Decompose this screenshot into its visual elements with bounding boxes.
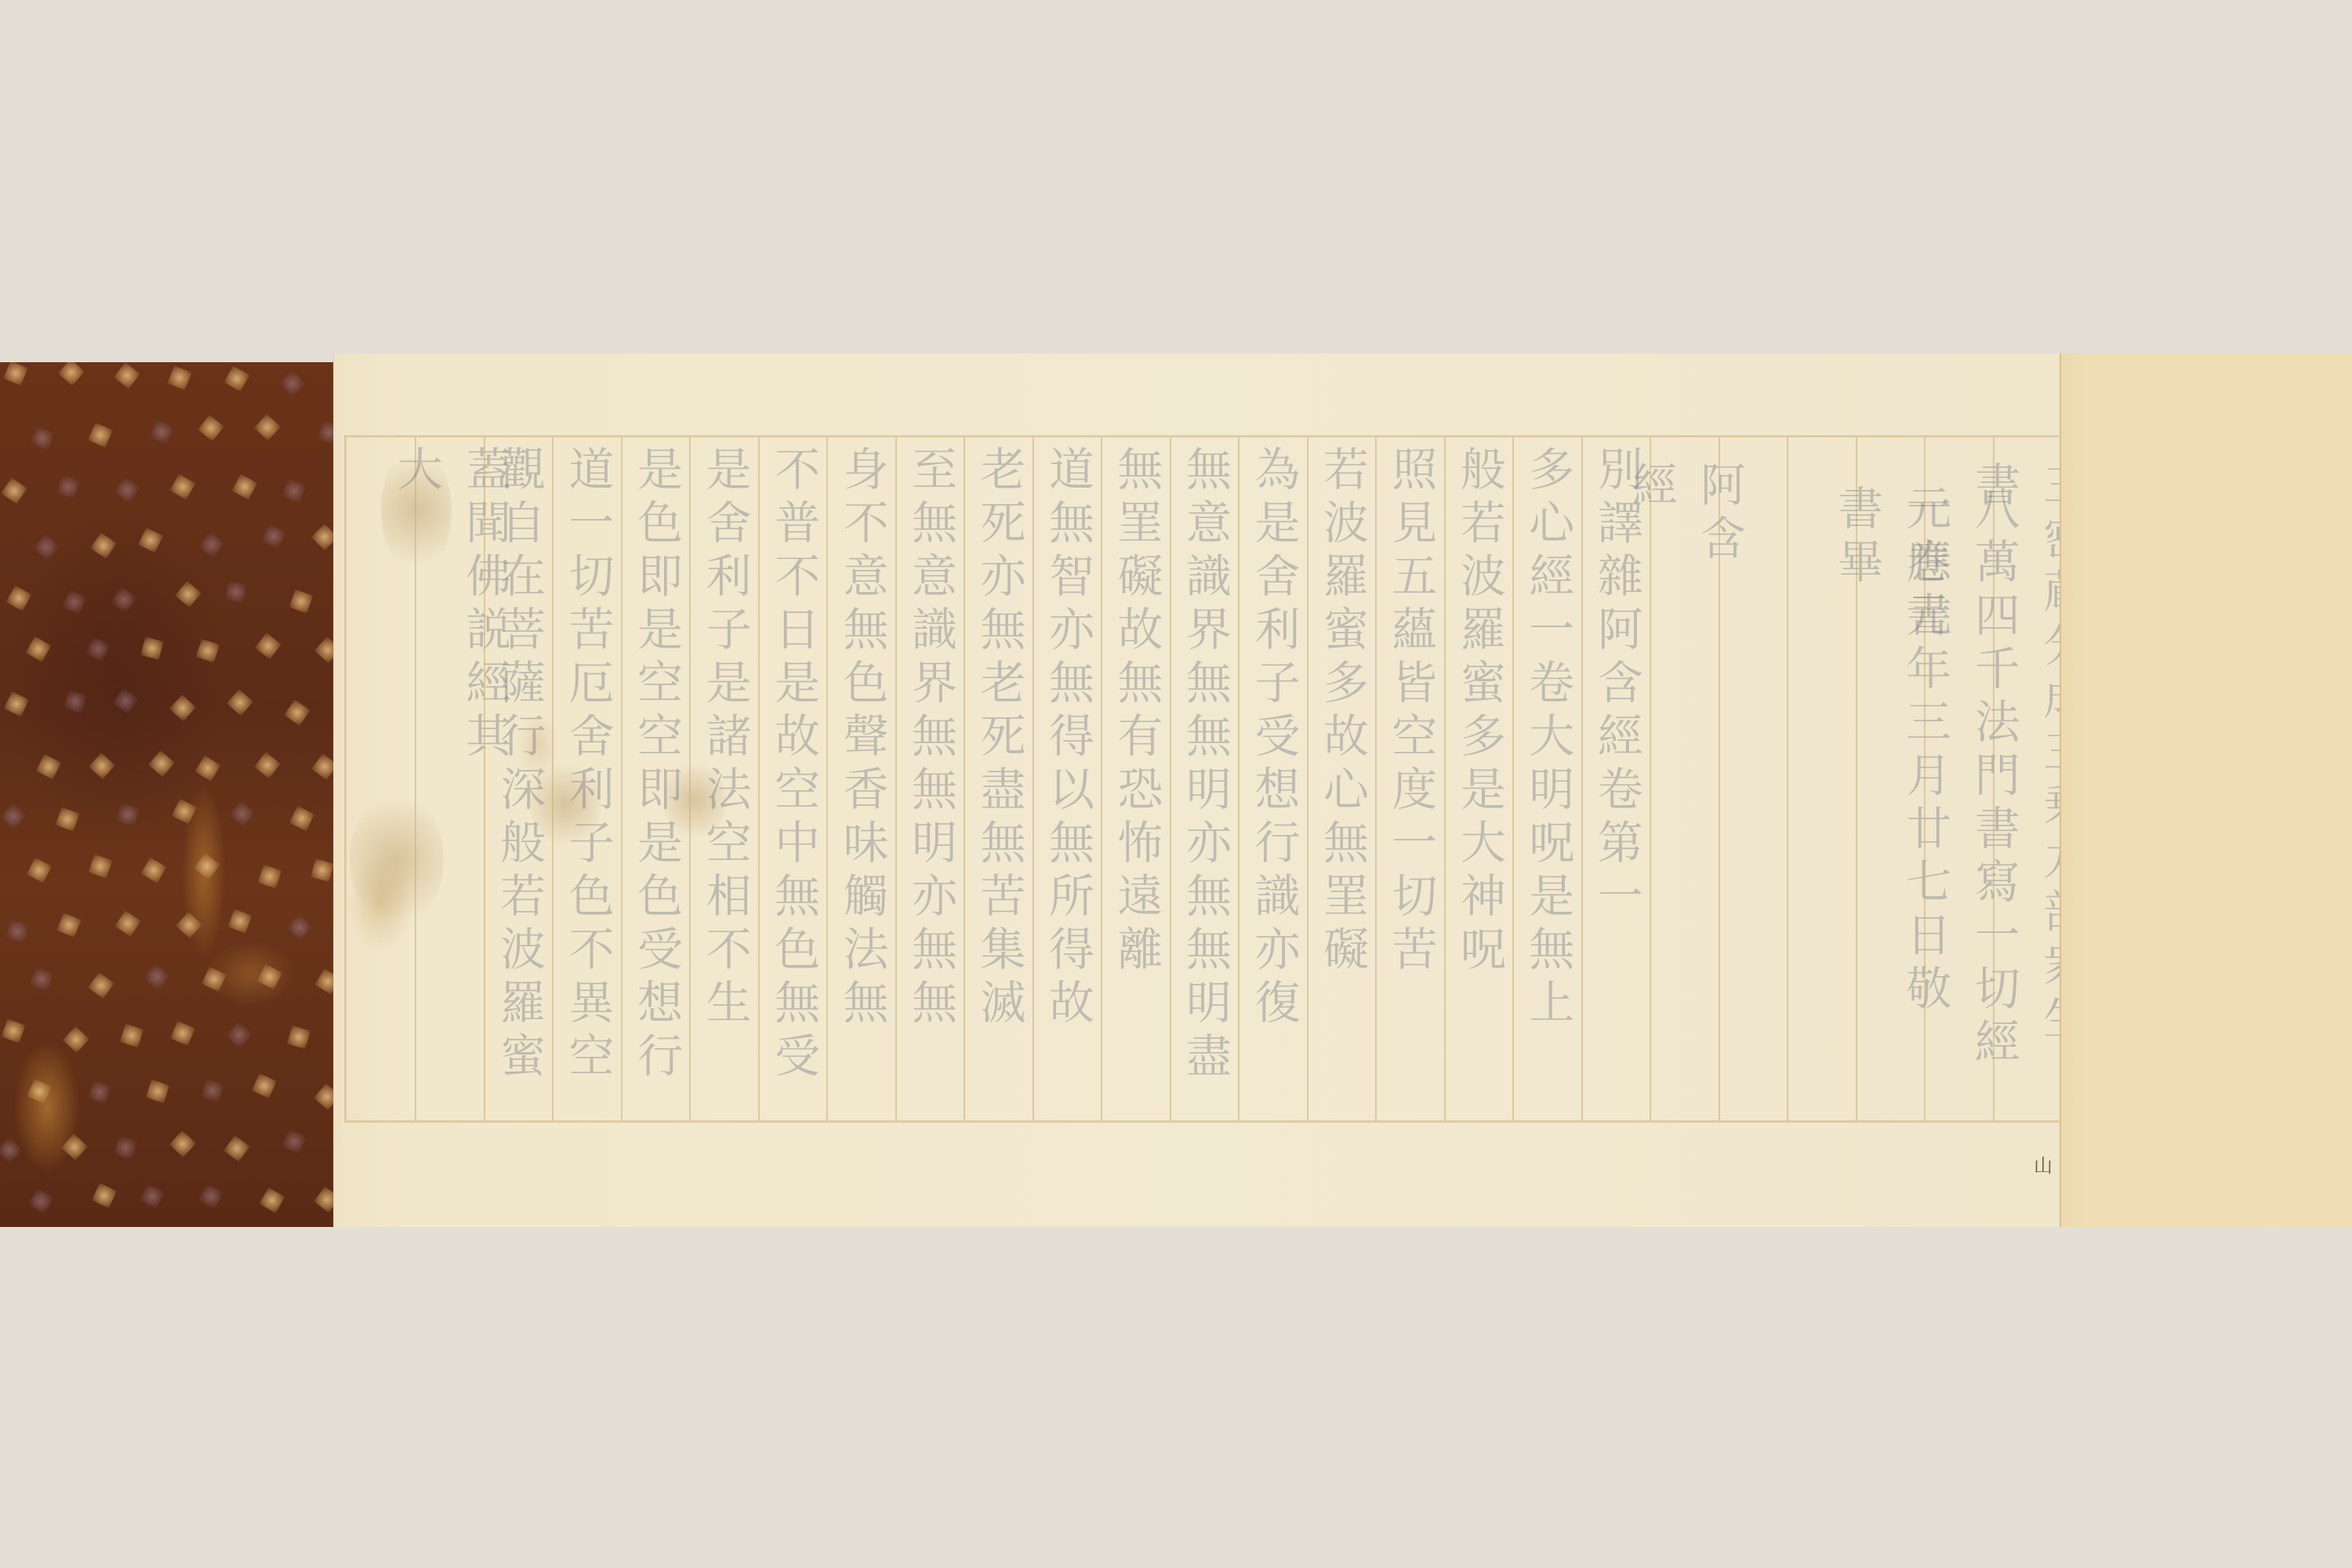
gold-diamond-motif [198, 416, 224, 442]
calligraphy-text: 無罣礙故無有恐怖遠離 [1102, 445, 1169, 1120]
gold-diamond-motif [56, 475, 80, 499]
gold-diamond-motif [114, 477, 140, 503]
gold-diamond-motif [35, 754, 60, 779]
gold-diamond-motif [140, 1184, 165, 1209]
gold-diamond-motif [198, 1183, 223, 1208]
gold-diamond-motif [261, 524, 286, 549]
gold-diamond-motif [224, 366, 250, 392]
gold-diamond-motif [223, 1135, 250, 1162]
gold-diamond-motif [114, 910, 140, 936]
calligraphy-text: 若波羅蜜多故心無罣礙 [1308, 445, 1375, 1120]
gold-diamond-motif [88, 972, 114, 999]
gold-diamond-motif [176, 912, 202, 938]
gold-diamond-motif [201, 967, 227, 992]
gold-diamond-motif [311, 753, 333, 780]
calligraphy-text: 為是舍利子受想行識亦復 [1240, 445, 1306, 1120]
gold-diamond-motif [255, 752, 281, 779]
gold-diamond-motif [64, 690, 87, 713]
gold-diamond-motif [284, 699, 310, 725]
gold-diamond-motif [3, 362, 27, 386]
calligraphy-text: 道一切苦厄舍利子色不異空 [554, 445, 620, 1120]
text-column: 般若波羅蜜多是大神呪 [1444, 437, 1512, 1120]
gold-diamond-motif [4, 691, 29, 717]
text-column: 若波羅蜜多故心無罣礙 [1307, 437, 1375, 1120]
gold-diamond-motif [62, 590, 86, 615]
gold-diamond-motif [289, 590, 313, 614]
text-column: 觀自在菩薩行深般若波羅蜜 [484, 437, 552, 1120]
gold-diamond-motif [89, 855, 113, 879]
gold-diamond-motif [117, 803, 140, 826]
gold-diamond-motif [27, 1188, 53, 1214]
gold-diamond-motif [231, 474, 256, 499]
gold-diamond-motif [33, 534, 60, 561]
gold-diamond-motif [113, 688, 139, 714]
text-column [1719, 437, 1787, 1120]
gold-diamond-motif [114, 362, 140, 388]
manuscript-paper: 蓋聞佛説經其大觀自在菩薩行深般若波羅蜜道一切苦厄舍利子色不異空是色即是空空即是色… [333, 354, 2060, 1227]
gold-diamond-motif [255, 633, 281, 659]
text-column: 是舍利子是諸法空相不生 [689, 437, 757, 1120]
gold-diamond-motif [226, 1022, 252, 1048]
gold-diamond-motif [310, 858, 333, 882]
blank-end-paper [2060, 354, 2352, 1227]
gold-diamond-motif [167, 365, 191, 390]
gold-diamond-motif [318, 420, 333, 445]
text-column: 蓋聞佛説經其大 [415, 437, 483, 1120]
gold-diamond-motif [175, 581, 201, 608]
gold-diamond-motif [140, 637, 163, 659]
calligraphy-text: 身不意無色聲香味觸法無 [828, 445, 895, 1120]
gold-diamond-motif [314, 1083, 333, 1110]
gold-diamond-motif [63, 1026, 89, 1053]
colophon-column [1993, 437, 2061, 1120]
text-column: 身不意無色聲香味觸法無 [826, 437, 895, 1120]
brocade-cover [0, 362, 333, 1227]
gold-diamond-motif [260, 1188, 285, 1214]
gold-diamond-motif [31, 426, 55, 451]
gold-diamond-motif [5, 920, 29, 943]
gold-diamond-motif [194, 853, 221, 880]
gold-diamond-motif [229, 800, 256, 827]
gold-diamond-motif [281, 1129, 307, 1154]
text-column: 是色即是空空即是色受想行 [621, 437, 689, 1120]
gold-diamond-motif [252, 1074, 278, 1099]
gold-diamond-motif [138, 528, 163, 553]
calligraphy-text: 般若波羅蜜多是大神呪 [1446, 445, 1512, 1120]
text-column: 無意識界無無明亦無無明盡 [1170, 437, 1238, 1120]
margin-mark: 山 [2034, 1150, 2053, 1178]
gold-diamond-motif [6, 586, 32, 612]
calligraphy-text: 至無意識界無無明亦無無 [897, 445, 964, 1120]
gold-diamond-motif [289, 805, 314, 830]
gold-diamond-motif [120, 1024, 143, 1047]
calligraphy-text: 道無智亦無得以無所得故 [1034, 445, 1101, 1120]
gold-diamond-motif [148, 750, 175, 777]
gold-diamond-motif [169, 695, 196, 721]
gold-diamond-motif [311, 524, 333, 550]
gold-diamond-motif [27, 1079, 52, 1104]
text-column: 道無智亦無得以無所得故 [1033, 437, 1101, 1120]
gold-diamond-motif [61, 1134, 88, 1160]
text-column: 至無意識界無無明亦無無 [895, 437, 964, 1120]
ruled-grid: 蓋聞佛説經其大觀自在菩薩行深般若波羅蜜道一切苦厄舍利子色不異空是色即是空空即是色… [344, 435, 2059, 1123]
gold-diamond-motif [0, 1137, 23, 1163]
text-column: 照見五蘊皆空度一切苦 [1375, 437, 1443, 1120]
gold-diamond-motif [254, 414, 281, 441]
gold-diamond-motif [90, 532, 116, 558]
gold-diamond-motif [0, 803, 27, 829]
calligraphy-text: 蓋聞佛説經其大 [416, 445, 483, 814]
calligraphy-text: 照見五蘊皆空度一切苦 [1377, 445, 1443, 1120]
gold-diamond-motif [172, 798, 197, 823]
gold-diamond-motif [146, 1080, 169, 1103]
calligraphy-text: 多心經一卷大明呪是無上 [1514, 445, 1581, 1120]
gold-diamond-motif [140, 858, 166, 884]
gold-diamond-motif [56, 807, 80, 831]
calligraphy-text: 無意識界無無明亦無無明盡 [1171, 445, 1238, 1120]
text-column: 老死亦無老死盡無苦集滅 [964, 437, 1032, 1120]
calligraphy-text: 是色即是空空即是色受想行 [622, 445, 689, 1120]
calligraphy-text: 不普不日是故空中無色無受 [760, 445, 826, 1120]
text-column: 為是舍利子受想行識亦復 [1238, 437, 1306, 1120]
gold-diamond-motif [196, 639, 220, 662]
gold-diamond-motif [88, 423, 113, 448]
gold-diamond-motif [143, 964, 170, 990]
gold-diamond-motif [89, 753, 115, 779]
gold-diamond-motif [224, 581, 248, 604]
gold-diamond-motif [25, 637, 51, 662]
gold-diamond-motif [169, 1131, 196, 1157]
calligraphy-text: 阿含經 [1651, 461, 1718, 618]
handscroll: 蓋聞佛説經其大觀自在菩薩行深般若波羅蜜道一切苦厄舍利子色不異空是色即是空空即是色… [0, 354, 2352, 1227]
gold-diamond-motif [111, 587, 137, 614]
text-column: 阿含經 [1650, 437, 1718, 1120]
gold-diamond-motif [282, 479, 306, 503]
gold-diamond-motif [287, 1025, 310, 1049]
gold-diamond-motif [56, 913, 81, 937]
gold-diamond-motif [170, 1021, 194, 1045]
gold-diamond-motif [114, 1136, 137, 1160]
gold-diamond-motif [314, 637, 333, 663]
text-column: 道一切苦厄舍利子色不異空 [552, 437, 620, 1120]
gold-diamond-motif [2, 1019, 26, 1044]
gold-diamond-motif [92, 1183, 117, 1208]
calligraphy-text: 老死亦無老死盡無苦集滅 [965, 445, 1032, 1120]
gold-diamond-motif [227, 689, 253, 716]
gold-diamond-motif [227, 909, 252, 934]
gold-diamond-motif [201, 1080, 223, 1102]
gold-diamond-motif [149, 420, 173, 445]
gold-diamond-motif [195, 755, 221, 781]
gold-diamond-motif [279, 370, 306, 397]
text-column: 無罣礙故無有恐怖遠離 [1101, 437, 1169, 1120]
calligraphy-text: 觀自在菩薩行深般若波羅蜜 [485, 445, 552, 1120]
gold-diamond-motif [314, 1186, 333, 1213]
calligraphy-text: 是舍利子是諸法空相不生 [691, 445, 757, 1120]
gold-diamond-motif [286, 914, 313, 941]
gold-diamond-motif [257, 964, 282, 989]
text-column: 不普不日是故空中無色無受 [758, 437, 826, 1120]
gold-diamond-motif [169, 474, 195, 500]
gold-diamond-motif [315, 969, 333, 995]
gold-diamond-motif [30, 967, 54, 992]
gold-diamond-motif [27, 857, 52, 882]
gold-diamond-motif [258, 865, 281, 888]
gold-diamond-motif [88, 1080, 112, 1105]
gold-diamond-motif [198, 532, 225, 558]
gold-diamond-motif [58, 362, 85, 386]
text-column: 多心經一卷大明呪是無上 [1512, 437, 1581, 1120]
gold-diamond-motif [1, 477, 27, 503]
gold-diamond-motif [85, 637, 111, 662]
